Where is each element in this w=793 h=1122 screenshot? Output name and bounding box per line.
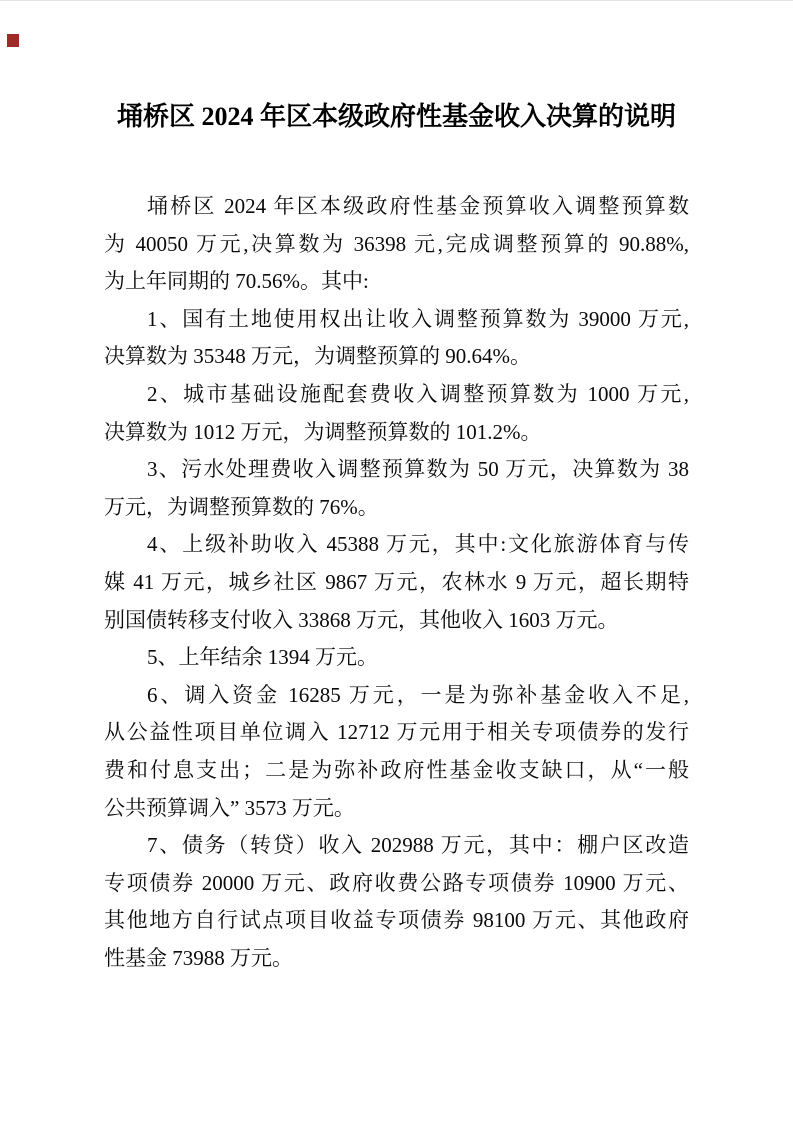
text-line: 费和付息支出；二是为弥补政府性基金收支缺口，从“一般 [104,752,689,790]
text-line: 决算数为 1012 万元，为调整预算数的 101.2%。 [104,414,689,452]
red-mark [7,34,19,47]
text-line: 埇桥区 2024 年区本级政府性基金预算收入调整预算数 [104,188,689,226]
document-page: 埇桥区 2024 年区本级政府性基金收入决算的说明 埇桥区 2024 年区本级政… [0,0,793,1122]
text-line: 为上年同期的 70.56%。其中: [104,263,689,301]
text-line: 性基金 73988 万元。 [104,940,689,978]
text-line: 1、国有土地使用权出让收入调整预算数为 39000 万元, [104,301,689,339]
paragraph: 7、债务（转贷）收入 202988 万元，其中：棚户区改造专项债券 20000 … [104,827,689,977]
document-body: 埇桥区 2024 年区本级政府性基金预算收入调整预算数为 40050 万元,决算… [104,188,689,977]
text-line: 7、债务（转贷）收入 202988 万元，其中：棚户区改造 [104,827,689,865]
paragraph: 4、上级补助收入 45388 万元，其中:文化旅游体育与传媒 41 万元，城乡社… [104,526,689,639]
paragraph: 5、上年结余 1394 万元。 [104,639,689,677]
document-title: 埇桥区 2024 年区本级政府性基金收入决算的说明 [0,100,793,134]
text-line: 专项债券 20000 万元、政府收费公路专项债券 10900 万元、 [104,865,689,903]
paragraph: 1、国有土地使用权出让收入调整预算数为 39000 万元,决算数为 35348 … [104,301,689,376]
paragraph: 6、调入资金 16285 万元，一是为弥补基金收入不足,从公益性项目单位调入 1… [104,677,689,827]
text-line: 6、调入资金 16285 万元，一是为弥补基金收入不足, [104,677,689,715]
text-line: 5、上年结余 1394 万元。 [104,639,689,677]
paragraph: 2、城市基础设施配套费收入调整预算数为 1000 万元,决算数为 1012 万元… [104,376,689,451]
paragraph: 3、污水处理费收入调整预算数为 50 万元，决算数为 38万元，为调整预算数的 … [104,451,689,526]
text-line: 其他地方自行试点项目收益专项债券 98100 万元、其他政府 [104,902,689,940]
text-line: 4、上级补助收入 45388 万元，其中:文化旅游体育与传 [104,526,689,564]
text-line: 3、污水处理费收入调整预算数为 50 万元，决算数为 38 [104,451,689,489]
text-line: 为 40050 万元,决算数为 36398 元,完成调整预算的 90.88%, [104,226,689,264]
text-line: 别国债转移支付收入 33868 万元，其他收入 1603 万元。 [104,602,689,640]
text-line: 万元，为调整预算数的 76%。 [104,489,689,527]
text-line: 从公益性项目单位调入 12712 万元用于相关专项债券的发行 [104,714,689,752]
text-line: 公共预算调入” 3573 万元。 [104,790,689,828]
text-line: 2、城市基础设施配套费收入调整预算数为 1000 万元, [104,376,689,414]
text-line: 媒 41 万元，城乡社区 9867 万元，农林水 9 万元，超长期特 [104,564,689,602]
paragraph: 埇桥区 2024 年区本级政府性基金预算收入调整预算数为 40050 万元,决算… [104,188,689,301]
text-line: 决算数为 35348 万元，为调整预算的 90.64%。 [104,338,689,376]
